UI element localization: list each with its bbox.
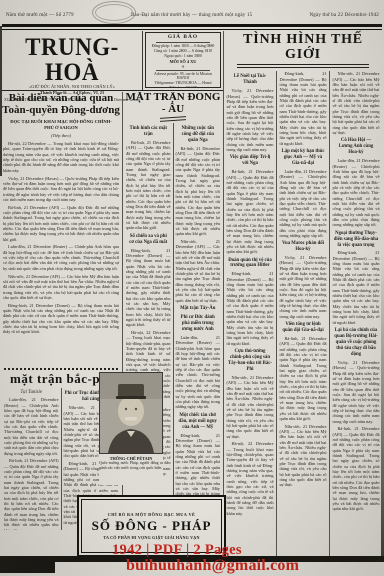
article-subhead: Phi cơ Đức đánh phá miền trung ương nước… [177,315,220,333]
article-headline: Viên tổng tư lệnh quân đội Gia-nã-đại [281,322,326,334]
body-text: Vichy, 21 Décembre (Havas) — Quốc-trưởng… [280,255,327,319]
body-text: Đông-kinh, 21 Décembre (Domei) — Bộ tổng… [227,271,274,346]
masthead: TRUNG-HOÀ «GIỮ ĐỨC ÁI NHÂN, NOI THEO CHÂ… [2,31,223,91]
east-front-headline: MẶT TRẬN ĐÔNG - ÂU [124,92,222,115]
continuation-note: (Tiếp theo) [2,133,120,138]
star-ornament-icon: ✳ [148,65,218,69]
body-text: Hà-nội, 22 Décembre — Trong buổi khai mạ… [227,441,274,516]
world-news-section: TÌNH HÌNH THẾ GIỚI Lễ Noël tại Toà-Thánh… [224,33,382,554]
masthead-left: TRUNG-HOÀ «GIỮ ĐỨC ÁI NHÂN, NOI THEO CHÂ… [2,31,143,90]
newspaper-title: TRUNG-HOÀ [2,34,142,85]
ad-title: SỐ ĐÔNG - PHÁP [84,519,219,533]
body-text: Nữu-ước, 21 Décembre (AFI) — Các báo bên… [227,375,274,439]
title-underline [237,64,370,68]
article-headline: Đoàn quản thị vệ của trưởng quan Hitler [228,258,273,270]
article-subhead: Một chiếc tàu chở dầu, một mối nguy của … [177,413,220,431]
body-text: Nữu-ước, 21 Décembre (AFI) — Các báo bên… [280,424,327,488]
body-text: Nữu-ước, 21 Décembre (AFI) — Các báo bên… [176,239,221,303]
telephone-number: Téléphone N° 609 [148,86,218,88]
newspaper-page-scan: Năm thứ mười một — Số 2779 Bảo-Đại năm t… [0,0,384,576]
price-box: GIÁ BÁO Đông-pháp: 1 năm 1$50 — 6 tháng … [145,32,221,88]
issue-number: Năm thứ mười một — Số 2779 [6,13,74,18]
ad-bottom-line: TA CÓ PHẦN HI VỌNG GIẬT GIẢI HÀNG VẠN [84,535,219,540]
body-text: Đông-kinh, 21 Décembre (Domei) — Bộ tổng… [126,248,171,328]
portrait-photo [99,372,163,454]
masthead-rule [2,24,382,30]
article-headline: Lại bá cáo chính của quan Bộ-trưởng Hải-… [334,328,379,358]
world-column-2: Đông-kinh, 21 Décembre (Domei) — Bộ tổng… [276,71,329,561]
watermark-email: buihuuhanh@gmail.com [126,557,299,575]
lead-article-subhead: ĐỌC TẠI BUỔI KHAI MẠC HỘI-ĐỒNG CHÍNH-PHỦ… [8,119,114,131]
body-text: Vichy, 21 Décembre (Havas) — Quốc-trưởng… [333,360,380,424]
body-text: Đông-kinh, 21 Décembre (Domei) — Bộ tổng… [333,250,380,325]
world-columns: Lễ Noël tại Toà-Thánh Vichy, 21 Décembre… [224,71,382,561]
body-text: Luân-đôn, 21 Décembre (Reuter) — Chính-p… [280,169,327,238]
body-text: Hà-nội, 22 Décembre — Trong buổi khai mạ… [3,141,119,173]
body-text: Luân-đôn, 21 Décembre (Reuter) — Chính-p… [333,158,380,227]
north-africa-col-1: Tại Tunisie Luân-đôn, 21 Décembre (Reute… [2,388,61,530]
body-text: Luân-đôn, 21 Décembre (Reuter) — Chính-p… [3,244,119,271]
body-text: Đông-kinh, 21 Décembre (Domei) — Bộ tổng… [280,71,327,146]
library-stamp-icon [92,1,136,24]
postal-address: Adresse postale: 95, rue de la Mission H… [148,72,218,82]
body-text: Bá-linh, 21 Décembre (AFI) — Quân đội Đứ… [333,426,380,511]
dateline: Năm thứ mười một — Số 2779 Bảo-Đại năm t… [6,13,379,18]
headline-ornament [160,116,186,122]
world-column-1: Lễ Noël tại Toà-Thánh Vichy, 21 Décembre… [224,71,276,561]
body-text: Nữu-ước, 21 Décembre (AFI) — Các báo bên… [333,71,380,135]
article-subhead: Tại Tunisie [4,390,59,395]
scan-corner [0,556,55,573]
body-text: Bá-linh, 21 Décembre (AFI) — Quân đội Đứ… [126,140,171,231]
article-subhead: Số chiến xa và phi cơ của Nga đã mất [127,234,170,246]
body-text: Bá-linh, 21 Décembre (AFI) — Quân đội Đứ… [176,146,221,237]
article-headline: Vua Maroc phản đối Hoa-kỳ [281,241,326,253]
petain-photo-block: THỐNG-CHẾ PÉTAIN Quốc-trưởng nước Pháp, … [99,372,163,485]
east-front-col-1: Tình hình các mặt trận Bá-linh, 21 Décem… [124,123,173,554]
body-text: Luân-đôn, 21 Décembre (Reuter) — Chính-p… [4,397,59,456]
east-front-col-2: Những cuộc tấn công dữ dội của quân Nga … [173,123,223,554]
photo-caption-text: Quốc-trưởng nước Pháp, người đứng ra gán… [99,461,163,483]
body-text: Bá-linh, 21 Décembre (AFI) — Quân đội Đứ… [4,458,59,530]
article-headline: Ngoại thường Thụy-điển sang Bồ-đào-nha l… [334,231,379,249]
body-text: Vichy, 21 Décembre (Havas) — Quốc-trưởng… [227,88,274,152]
article-subhead: Tình hình các mặt trận [127,126,170,138]
column-rule [223,31,224,554]
price-box-title: GIÁ BÁO [148,34,218,41]
world-column-3: Nữu-ước, 21 Décembre (AFI) — Các báo bên… [329,71,382,561]
article-subhead: Những cuộc tấn công dữ dội của quân Nga [177,126,220,144]
article-headline: Cô Hòa Hội — Lương Anh cùng Hoa-kỳ [334,138,379,156]
lead-article-headline: Bài diễn văn của quan Toàn-quyền Đông-dư… [2,92,120,117]
dotted-divider [4,368,118,370]
scan-edge [0,26,2,176]
publication-date: Ngày thứ ba 22 Décembre 1942 [309,13,379,18]
body-text: Bá-linh, 21 Décembre (AFI) — Quân đội Đứ… [3,205,119,242]
petain-portrait-image [100,373,162,453]
body-text: Luân-đôn, 21 Décembre (Reuter) — Chính-p… [176,335,221,410]
article-subhead: Mặt trận Tây-Âu [177,306,220,312]
ad-top-line: CHỈ BỎ RA MỘT ĐỒNG BẠC MUA VÉ [84,512,219,517]
body-text: Bá-linh, 21 Décembre (AFI) — Quân đội Đứ… [280,336,327,421]
article-headline: Lễ Noël tại Toà-Thánh [228,74,273,86]
body-text: Đông-kinh, 21 Décembre (Domei) — Bộ tổng… [3,303,119,335]
body-text: Bá-linh, 21 Décembre (AFI) — Quân đội Đứ… [227,169,274,254]
body-text: Nữu-ước, 21 Décembre (AFI) — Các báo bên… [3,274,119,301]
east-front-columns: Tình hình các mặt trận Bá-linh, 21 Décem… [124,123,222,554]
world-section-title: TÌNH HÌNH THẾ GIỚI [224,33,382,62]
article-headline: Cựu thủ-tướng chính-phủ cộng sản Tây-ban… [228,349,273,373]
body-text: Vichy, 21 Décembre (Havas) — Quốc-trưởng… [3,176,119,203]
article-headline: Việc gián điệp Trì-lị với Nga [228,155,273,167]
article-headline: Lập một kỳ hạn thúc giục Anh — Mỹ và Gia… [281,149,326,167]
lead-article-body: Hà-nội, 22 Décembre — Trong buổi khai mạ… [2,141,120,365]
